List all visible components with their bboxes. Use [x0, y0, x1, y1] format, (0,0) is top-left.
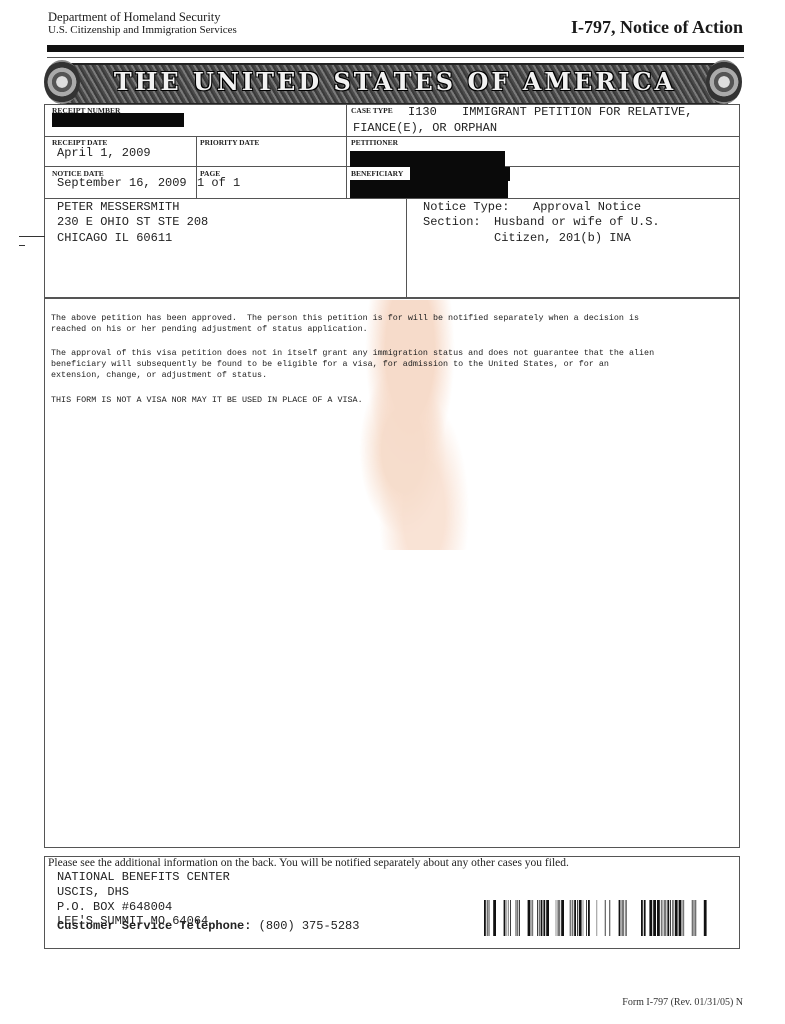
beneficiary-label: BENEFICIARY [351, 169, 409, 178]
address-line-1: PETER MESSERSMITH [57, 200, 179, 214]
beneficiary-redacted-2 [350, 180, 508, 198]
footer-notice: Please see the additional information on… [48, 857, 569, 869]
form-title: I-797, Notice of Action [571, 17, 743, 38]
case-type-label: CASE TYPE [351, 106, 393, 115]
address-line-2: 230 E OHIO ST STE 208 [57, 215, 208, 229]
page-value: 1 of 1 [197, 176, 240, 190]
address-line-3: CHICAGO IL 60611 [57, 231, 172, 245]
case-type-description-cont: FIANCE(E), OR ORPHAN [353, 121, 497, 135]
col-divider [346, 104, 347, 199]
header-rule-thin [47, 57, 744, 58]
barcode [484, 900, 710, 936]
rosette-left-icon [44, 60, 80, 104]
receipt-number-redacted [52, 113, 184, 127]
body-paragraph-2: The approval of this visa petition does … [51, 348, 654, 381]
beneficiary-redacted-1 [410, 167, 510, 181]
section-value: Husband or wife of U.S. [494, 215, 660, 229]
body-paragraph-3: THIS FORM IS NOT A VISA NOR MAY IT BE US… [51, 395, 363, 406]
row-divider [44, 136, 739, 137]
agency-name: Department of Homeland Security [48, 10, 221, 25]
form-revision: Form I-797 (Rev. 01/31/05) N [622, 997, 743, 1008]
fold-mark [19, 236, 45, 237]
agency-subname: U.S. Citizenship and Immigration Service… [48, 24, 237, 36]
office-line-1: NATIONAL BENEFITS CENTER [57, 870, 230, 884]
office-line-2: USCIS, DHS [57, 885, 129, 899]
row-divider [44, 198, 739, 199]
office-line-3: P.O. BOX #648004 [57, 900, 172, 914]
notice-type-value: Approval Notice [533, 200, 641, 214]
section-value-cont: Citizen, 201(b) INA [494, 231, 631, 245]
customer-service-phone: Customer Service Telephone: (800) 375-52… [57, 919, 359, 933]
case-type-code: I130 [408, 105, 437, 119]
header-rule-thick [47, 45, 744, 52]
body-paragraph-1: The above petition has been approved. Th… [51, 313, 639, 335]
case-type-description: IMMIGRANT PETITION FOR RELATIVE, [462, 105, 692, 119]
fold-mark [19, 245, 25, 246]
priority-date-label: PRIORITY DATE [200, 138, 259, 147]
col-divider [406, 198, 407, 297]
receipt-date-value: April 1, 2009 [57, 146, 151, 160]
petitioner-redacted [350, 151, 505, 167]
section-label: Section: [423, 215, 481, 229]
banner-title: THE UNITED STATES OF AMERICA [90, 68, 700, 96]
petitioner-label: PETITIONER [351, 138, 398, 147]
notice-date-value: September 16, 2009 [57, 176, 187, 190]
statue-of-liberty-watermark [340, 300, 480, 550]
rosette-right-icon [706, 60, 742, 104]
notice-type-label: Notice Type: [423, 200, 509, 214]
